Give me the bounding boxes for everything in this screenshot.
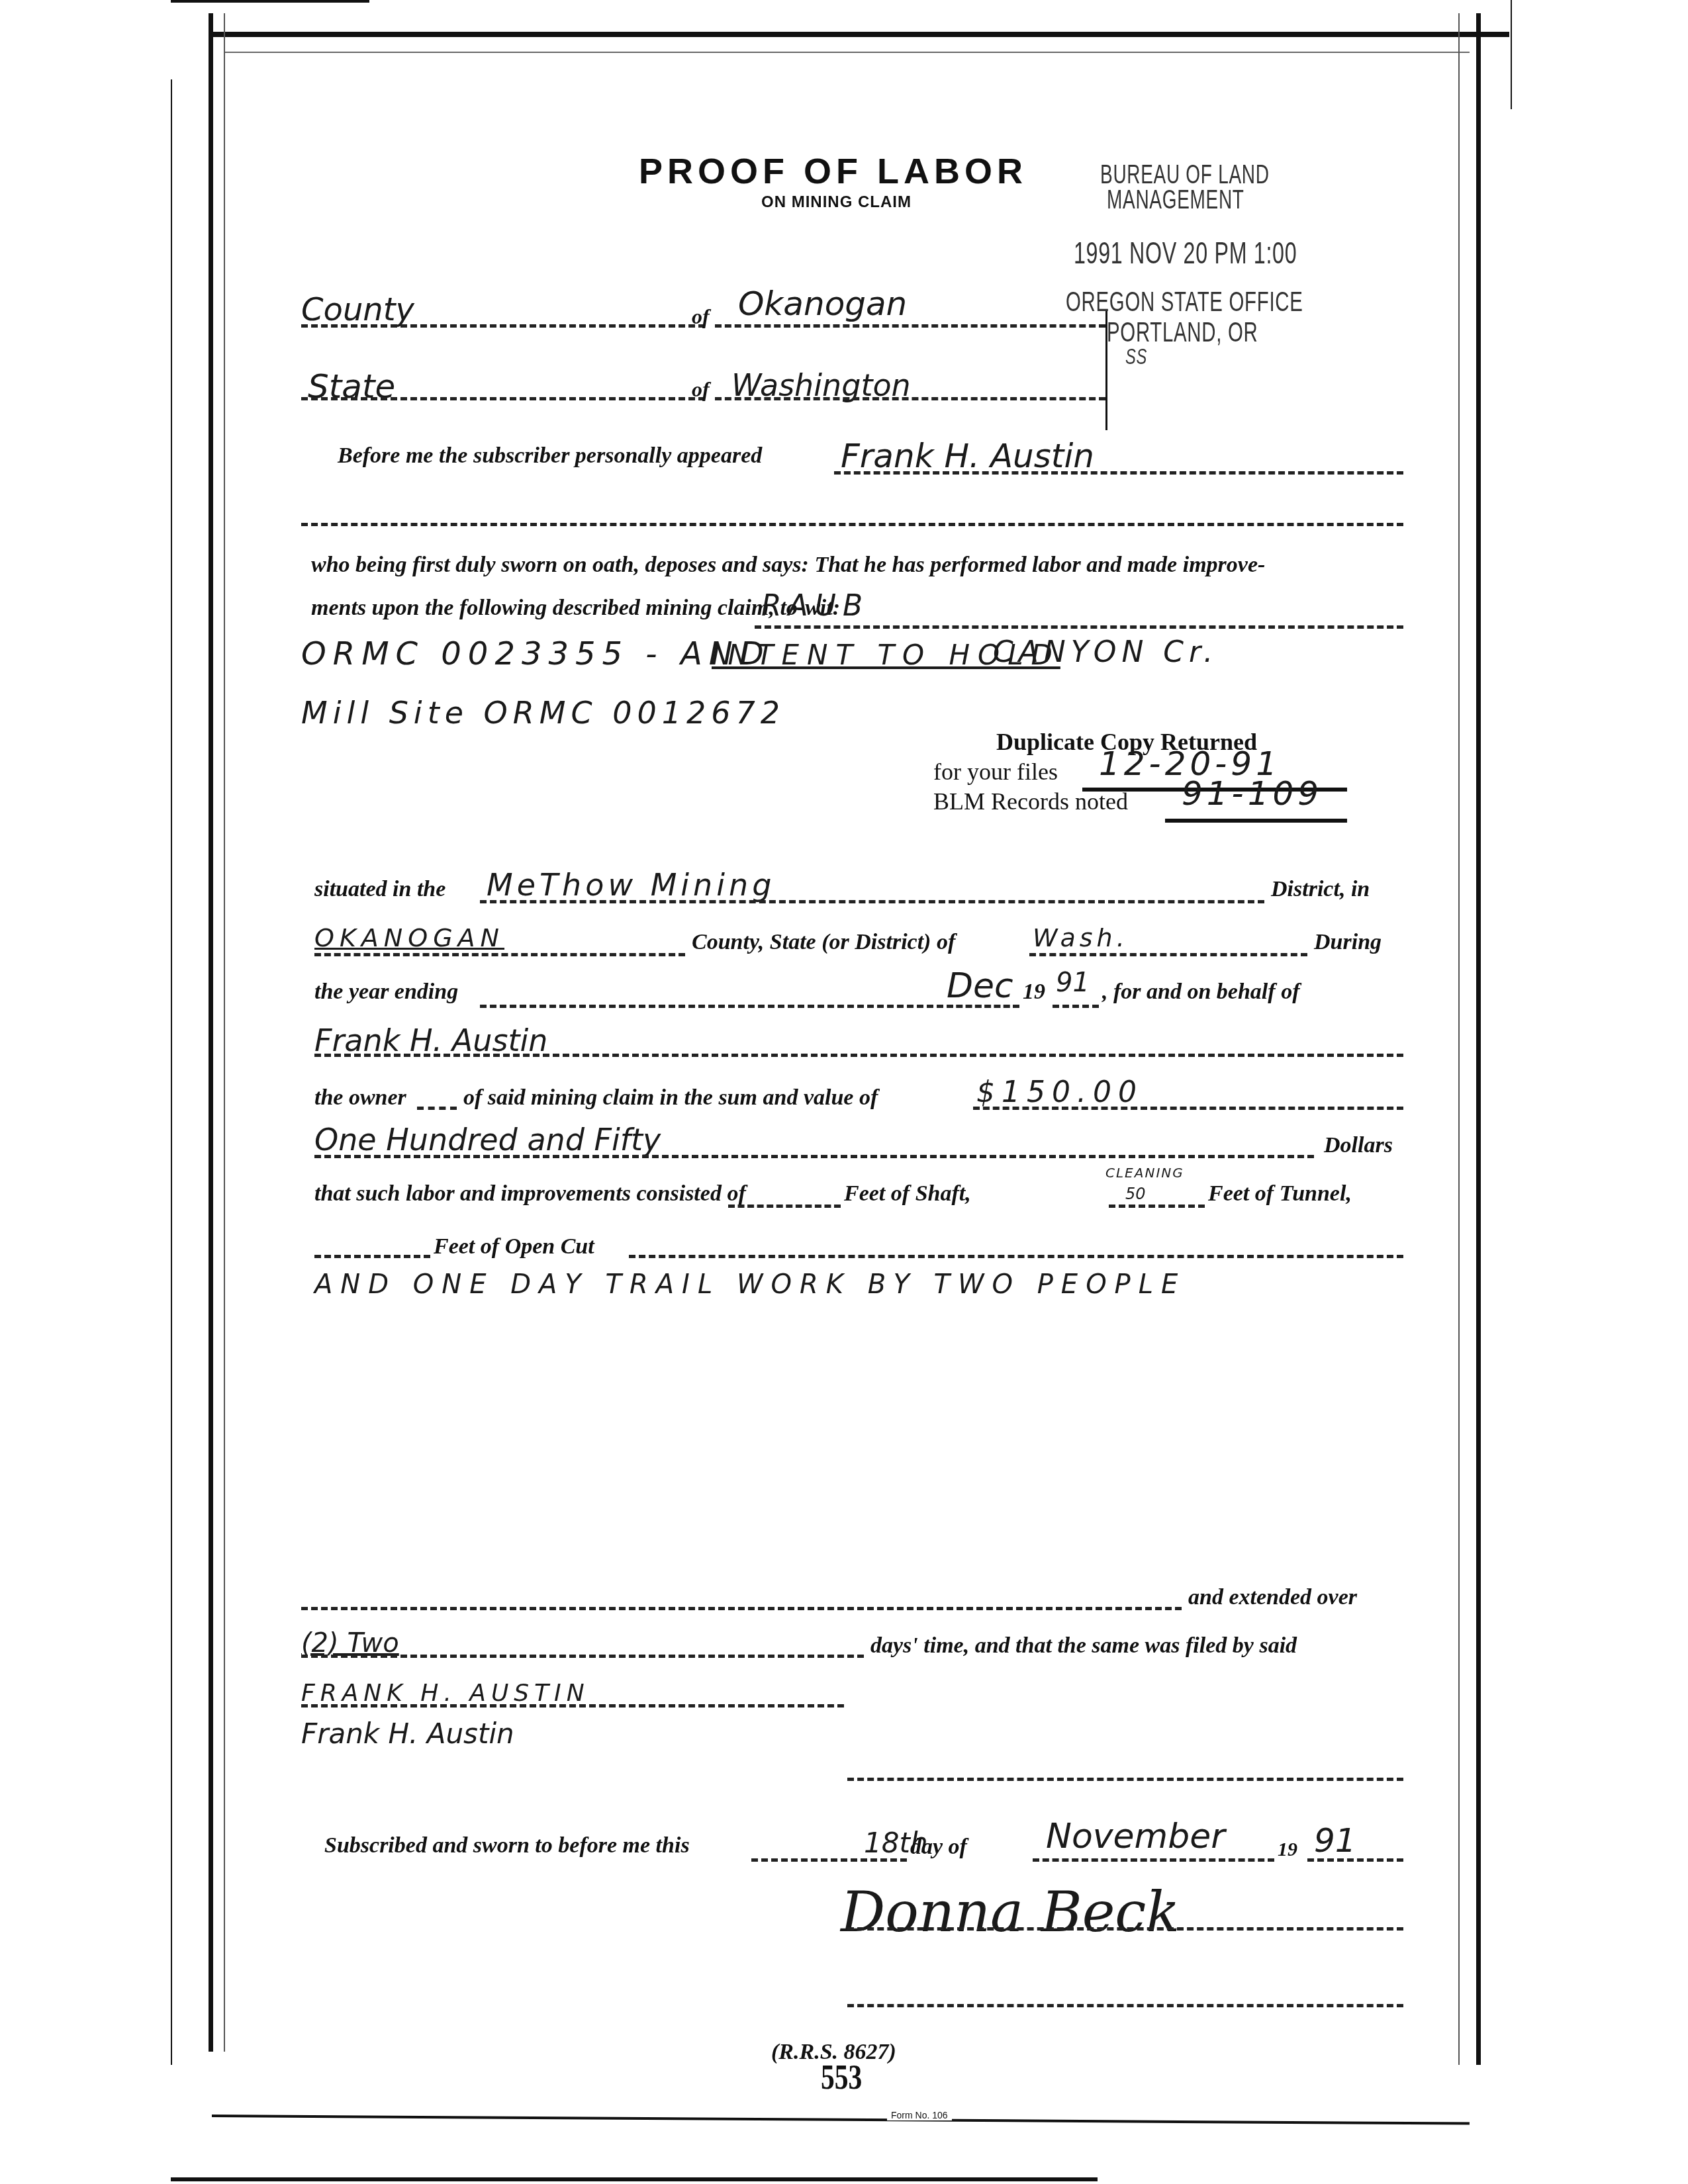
- district-label: District, in: [1271, 877, 1370, 902]
- duplicate-records-value[interactable]: 91-109: [1182, 774, 1323, 813]
- sworn-text: who being first duly sworn on oath, depo…: [311, 553, 1265, 578]
- page-edge-top: [171, 0, 369, 3]
- frame-top-inner-rule: [225, 52, 1470, 53]
- consisted-label: that such labor and improvements consist…: [314, 1181, 746, 1206]
- stamp-office-line2: PORTLAND, OR: [1107, 316, 1258, 348]
- appeared-line-2: [301, 523, 1403, 526]
- year-value[interactable]: 91: [1056, 968, 1090, 998]
- venue-of-label-1: of: [692, 304, 710, 329]
- jurat-year-prefix: 19: [1278, 1839, 1297, 1861]
- frame-left-inner-rule: [224, 13, 225, 2052]
- notary-signature-line: [847, 1927, 1403, 1931]
- venue-of-label-2: of: [692, 377, 710, 402]
- open-cut-line: [629, 1255, 1403, 1258]
- tunnel-note[interactable]: CLEANING: [1105, 1165, 1184, 1181]
- days-line: [301, 1655, 864, 1658]
- jurat-year-value[interactable]: 91: [1314, 1821, 1356, 1860]
- frame-right-outer-rule: [1511, 0, 1512, 109]
- behalf-line: [314, 1054, 1403, 1057]
- page-edge-left: [171, 79, 172, 2065]
- stamp-agency-line2: MANAGEMENT: [1107, 185, 1244, 215]
- tunnel-label: Feet of Tunnel,: [1208, 1181, 1352, 1206]
- claim-line2[interactable]: ORMC 0023355 - AND: [301, 635, 771, 672]
- venue-county-line-2: [715, 324, 1105, 328]
- owner-label: the owner: [314, 1085, 406, 1111]
- venue-bracket: [1105, 311, 1107, 430]
- year-month-value[interactable]: Dec: [947, 966, 1013, 1006]
- frame-left-border: [209, 13, 213, 2052]
- open-cut-blank: [314, 1255, 430, 1258]
- form-subtitle: ON MINING CLAIM: [761, 193, 912, 212]
- situated-label: situated in the: [314, 877, 445, 902]
- year-label: the year ending: [314, 979, 458, 1005]
- form-title: PROOF OF LABOR: [639, 151, 1027, 192]
- appeared-value[interactable]: Frank H. Austin: [841, 437, 1094, 475]
- amount-words-line: [314, 1155, 1314, 1158]
- duplicate-records-label: BLM Records noted: [933, 788, 1128, 815]
- dollars-label: Dollars: [1324, 1133, 1393, 1158]
- district-line: [480, 900, 1264, 903]
- tunnel-value[interactable]: 50: [1125, 1185, 1146, 1203]
- year-prefix: 19: [1023, 979, 1045, 1005]
- extended-label: and extended over: [1188, 1585, 1357, 1610]
- filed-by-line: [301, 1704, 844, 1707]
- jurat-month-line: [1033, 1858, 1274, 1862]
- district-value[interactable]: MeThow Mining: [487, 867, 775, 903]
- location-state-value[interactable]: Wash.: [1033, 923, 1129, 952]
- form-number: Form No. 106: [887, 2110, 952, 2120]
- days-label: days' time, and that the same was filed …: [870, 1633, 1297, 1659]
- location-county-value[interactable]: OKANOGAN: [314, 923, 504, 952]
- stamp-received-date: 1991 NOV 20 PM 1:00: [1074, 235, 1297, 271]
- claim-line2-canyon[interactable]: CANYON Cr.: [993, 635, 1218, 669]
- stamp-ss: SS: [1125, 344, 1147, 370]
- frame-bottom-border: [212, 2115, 1470, 2125]
- notary-title-line: [847, 2004, 1403, 2007]
- frame-top-border: [212, 32, 1509, 37]
- appeared-label: Before me the subscriber personally appe…: [338, 443, 762, 469]
- year-month-line: [947, 1005, 1019, 1008]
- venue-county-line-1: [301, 324, 705, 328]
- page-number: 553: [821, 2058, 862, 2097]
- owner-blank: [417, 1107, 457, 1110]
- filer-signature[interactable]: Frank H. Austin: [301, 1717, 514, 1750]
- jurat-sworn-label: Subscribed and sworn to before me this: [324, 1833, 690, 1858]
- claim-line3[interactable]: Mill Site ORMC 0012672: [301, 695, 785, 731]
- venue-state-line-2: [715, 397, 1105, 400]
- location-county-line: [314, 953, 685, 956]
- location-county-label: County, State (or District) of: [692, 930, 955, 955]
- behalf-label: , for and on behalf of: [1102, 979, 1299, 1005]
- jurat-month-value[interactable]: November: [1046, 1817, 1225, 1856]
- jurat-day-label: day of: [910, 1835, 967, 1860]
- extension-line: [301, 1607, 1182, 1610]
- filed-by-value[interactable]: FRANK H. AUSTIN: [301, 1680, 590, 1707]
- open-cut-label: Feet of Open Cut: [434, 1234, 594, 1259]
- owner-rest: of said mining claim in the sum and valu…: [463, 1085, 878, 1111]
- venue-county-value[interactable]: Okanogan: [738, 285, 907, 323]
- year-value-line: [1053, 1005, 1099, 1008]
- affiant-signature-line: [847, 1778, 1403, 1781]
- frame-right-inner-rule: [1458, 13, 1460, 2065]
- additional-labor[interactable]: AND ONE DAY TRAIL WORK BY TWO PEOPLE: [314, 1269, 1186, 1300]
- duplicate-records-line: [1165, 819, 1347, 823]
- appeared-line: [834, 471, 1403, 475]
- page-edge-bottom: [171, 2177, 1098, 2181]
- claim-value[interactable]: RAUB: [761, 589, 869, 623]
- stamp-office-line1: OREGON STATE OFFICE: [1066, 286, 1303, 318]
- behalf-value[interactable]: Frank H. Austin: [314, 1023, 547, 1058]
- amount-value[interactable]: $150.00: [976, 1075, 1143, 1109]
- amount-line: [973, 1107, 1403, 1110]
- location-state-line: [1029, 953, 1307, 956]
- during-label: During: [1314, 930, 1382, 955]
- duplicate-files-label: for your files: [933, 758, 1058, 786]
- tunnel-line: [1109, 1205, 1205, 1208]
- amount-words[interactable]: One Hundred and Fifty: [314, 1122, 661, 1158]
- venue-county-label: County: [301, 291, 414, 328]
- notary-signature[interactable]: Donna Beck: [841, 1880, 1180, 1944]
- jurat-year-line: [1307, 1858, 1403, 1862]
- venue-state-line-1: [301, 397, 705, 400]
- shaft-label: Feet of Shaft,: [844, 1181, 971, 1206]
- claim-line: [755, 625, 1403, 629]
- frame-right-border: [1476, 13, 1481, 2065]
- shaft-line: [728, 1205, 841, 1208]
- year-line: [480, 1005, 943, 1008]
